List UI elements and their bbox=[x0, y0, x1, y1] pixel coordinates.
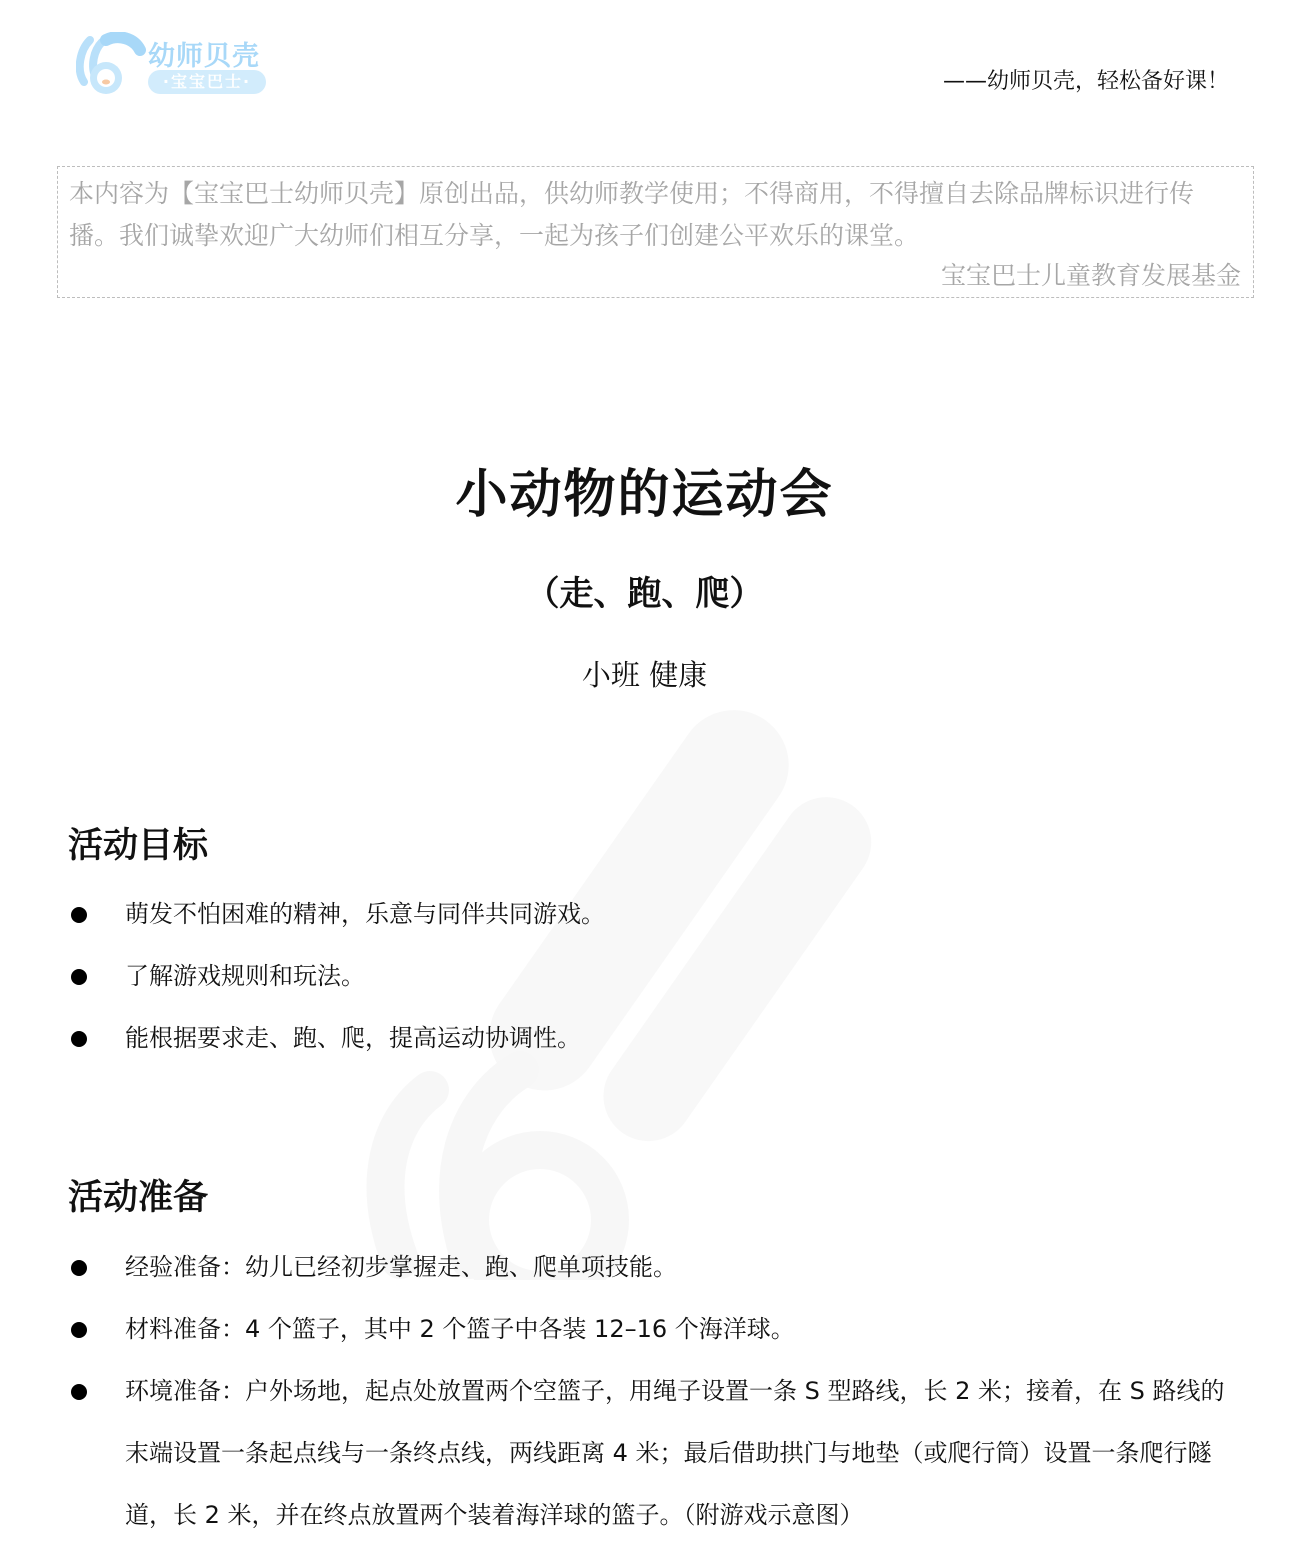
section-heading-goals: 活动目标 bbox=[68, 818, 208, 868]
list-item-text: 材料准备：4 个篮子，其中 2 个篮子中各装 12–16 个海洋球。 bbox=[125, 1315, 795, 1343]
document-meta: 小班 健康 bbox=[0, 653, 1289, 694]
bullet-icon bbox=[71, 1322, 87, 1338]
bullet-icon bbox=[71, 907, 87, 923]
logo-subtitle: ·宝宝巴士· bbox=[148, 70, 266, 94]
list-item-text: 了解游戏规则和玩法。 bbox=[125, 962, 365, 990]
bullet-icon bbox=[71, 969, 87, 985]
bullet-icon bbox=[71, 1031, 87, 1047]
goals-list: 萌发不怕困难的精神，乐意与同伴共同游戏。 了解游戏规则和玩法。 能根据要求走、跑… bbox=[68, 883, 1248, 1069]
list-item: 了解游戏规则和玩法。 bbox=[68, 945, 1248, 1007]
shell-hand-logo-icon bbox=[76, 32, 146, 98]
logo-title: 幼师贝壳 bbox=[148, 34, 260, 73]
list-item-text: 环境准备：户外场地，起点处放置两个空篮子，用绳子设置一条 S 型路线，长 2 米… bbox=[125, 1377, 1225, 1529]
list-item: 材料准备：4 个篮子，其中 2 个篮子中各装 12–16 个海洋球。 bbox=[68, 1298, 1248, 1360]
document-title: 小动物的运动会 bbox=[0, 452, 1289, 527]
brand-logo: 幼师贝壳 ·宝宝巴士· bbox=[76, 32, 276, 98]
list-item-text: 萌发不怕困难的精神，乐意与同伴共同游戏。 bbox=[125, 900, 605, 928]
bullet-icon bbox=[71, 1384, 87, 1400]
section-heading-preparation: 活动准备 bbox=[68, 1170, 208, 1220]
list-item: 萌发不怕困难的精神，乐意与同伴共同游戏。 bbox=[68, 883, 1248, 945]
list-item-text: 能根据要求走、跑、爬，提高运动协调性。 bbox=[125, 1024, 581, 1052]
document-subtitle: （走、跑、爬） bbox=[0, 566, 1289, 615]
list-item: 环境准备：户外场地，起点处放置两个空篮子，用绳子设置一条 S 型路线，长 2 米… bbox=[68, 1360, 1248, 1546]
preparation-list: 经验准备：幼儿已经初步掌握走、跑、爬单项技能。 材料准备：4 个篮子，其中 2 … bbox=[68, 1236, 1248, 1546]
bullet-icon bbox=[71, 1260, 87, 1276]
copyright-notice: 本内容为【宝宝巴士幼师贝壳】原创出品，供幼师教学使用；不得商用，不得擅自去除品牌… bbox=[57, 166, 1254, 298]
notice-text: 本内容为【宝宝巴士幼师贝壳】原创出品，供幼师教学使用；不得商用，不得擅自去除品牌… bbox=[69, 173, 1243, 257]
header-slogan: ——幼师贝壳，轻松备好课！ bbox=[943, 64, 1229, 95]
list-item: 能根据要求走、跑、爬，提高运动协调性。 bbox=[68, 1007, 1248, 1069]
notice-signature: 宝宝巴士儿童教育发展基金 bbox=[69, 255, 1243, 297]
list-item: 经验准备：幼儿已经初步掌握走、跑、爬单项技能。 bbox=[68, 1236, 1248, 1298]
list-item-text: 经验准备：幼儿已经初步掌握走、跑、爬单项技能。 bbox=[125, 1253, 677, 1281]
